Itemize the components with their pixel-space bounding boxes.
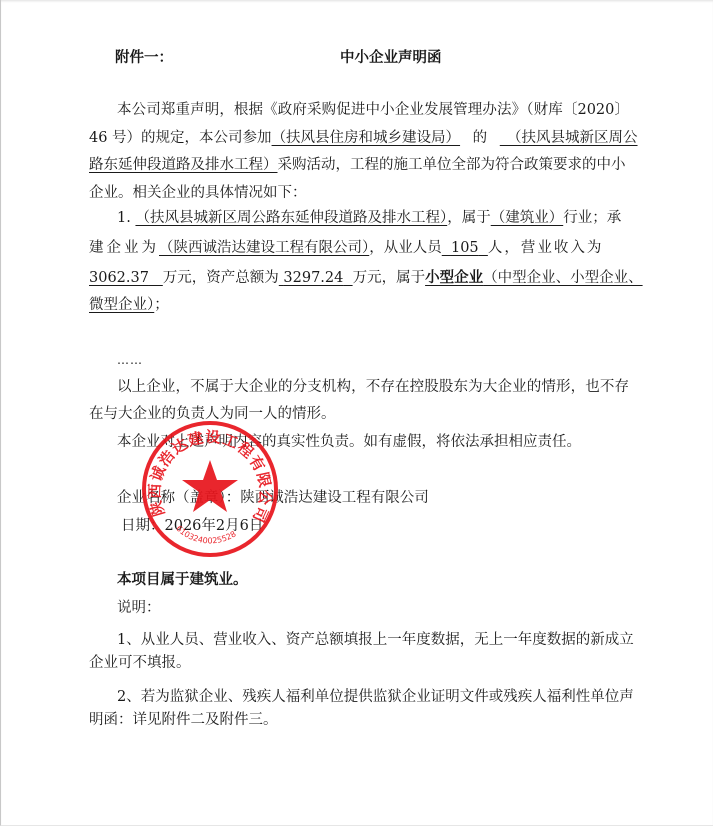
item-text: 万元，资产总额为 — [163, 270, 279, 286]
item1-line-2: 建企业为（陕西诚浩达建设工程有限公司），从业人员 105 人，营业收入为 — [89, 238, 629, 258]
assets-value: 3297.24 — [279, 270, 353, 286]
date-label: 日期： — [121, 518, 165, 534]
item1-line-3: 3062.37 万元，资产总额为 3297.24 万元，属于小型企业（中型企业、… — [89, 268, 629, 288]
enterprise-type-options: （中型企业、小型企业、 — [483, 270, 643, 286]
project-name-part2: 路东延伸段道路及排水工程） — [89, 157, 278, 173]
note1-line-1: 1、从业人员、营业收入、资产总额填报上一年度数据，无上一年度数据的新成立 — [89, 630, 629, 650]
revenue-value: 3062.37 — [89, 270, 163, 286]
purchaser-name: （扶风县住房和城乡建设局） — [272, 130, 461, 146]
item1-line-4: 微型企业）； — [89, 295, 629, 315]
signature-date: 日期：2026年2月6日 — [121, 516, 421, 536]
enterprise-type-options-cont: 微型企业） — [89, 297, 154, 313]
employee-count-value: 105 — [451, 240, 479, 256]
statement-line-1: 以上企业，不属于大企业的分支机构，不存在控股股东为大企业的情形，也不存 — [89, 377, 629, 397]
employee-count: 105 — [442, 240, 488, 256]
contractor-name: （陕西诚浩达建设工程有限公司） — [159, 240, 369, 256]
revenue-amount: 3062.37 — [89, 270, 149, 286]
document-page: 附件一： 中小企业声明函 本公司郑重声明，根据《政府采购促进中小企业发展管理办法… — [0, 0, 713, 826]
item-industry: （建筑业） — [491, 210, 564, 226]
document-title: 中小企业声明函 — [340, 46, 442, 67]
statement-line-2: 在与大企业的负责人为同一人的情形。 — [89, 404, 629, 424]
company-label: 企业名称（盖章）： — [117, 490, 240, 506]
notes-label: 说明： — [89, 598, 629, 618]
note2-line-2: 明函：详见附件二及附件三。 — [89, 710, 629, 730]
item-text: 万元，属于 — [353, 270, 426, 286]
assets-amount: 3297.24 — [283, 270, 343, 286]
item-text: ； — [154, 297, 169, 313]
company-name: 陕西诚浩达建设工程有限公司 — [240, 490, 429, 506]
declaration-text: 的 — [460, 130, 500, 146]
declaration-text: 46 号）的规定，本公司参加 — [89, 130, 272, 146]
declaration-line-3: 路东延伸段道路及排水工程）采购活动，工程的施工单位全部为符合政策要求的中小 — [89, 155, 629, 175]
item-number: 1. — [117, 210, 131, 226]
declaration-line-1: 本公司郑重声明，根据《政府采购促进中小企业发展管理办法》（财库〔2020〕 — [89, 100, 629, 120]
enterprise-type: 小型企业 — [425, 270, 483, 286]
declaration-text: 采购活动，工程的施工单位全部为符合政策要求的中小 — [278, 157, 626, 173]
item-project: （扶风县城新区周公路东延伸段道路及排水工程） — [135, 210, 447, 226]
item-text: 行业；承 — [563, 210, 621, 226]
item-text: ，从业人员 — [369, 240, 442, 256]
statement-line-3: 本企业对上述声明内容的真实性负责。如有虚假，将依法承担相应责任。 — [89, 432, 629, 452]
attachment-label: 附件一： — [115, 46, 173, 67]
item-text: 人，营业收入为 — [488, 240, 604, 256]
item1-line-1: 1. （扶风县城新区周公路东延伸段道路及排水工程），属于（建筑业）行业；承 — [89, 208, 629, 228]
ellipsis: …… — [89, 350, 629, 370]
project-industry-note: 本项目属于建筑业。 — [89, 570, 629, 590]
note1-line-2: 企业可不填报。 — [89, 653, 629, 673]
date-value: 2026年2月6日 — [165, 518, 264, 534]
declaration-line-4: 企业。相关企业的具体情况如下： — [89, 183, 629, 203]
item-text: 建企业为 — [89, 240, 159, 256]
item-text: ，属于 — [447, 210, 491, 226]
signature-company: 企业名称（盖章）：陕西诚浩达建设工程有限公司 — [89, 488, 629, 508]
note2-line-1: 2、若为监狱企业、残疾人福利单位提供监狱企业证明文件或残疾人福利性单位声 — [89, 687, 629, 707]
project-name-part1: （扶风县城新区周公 — [500, 130, 638, 146]
declaration-line-2: 46 号）的规定，本公司参加（扶风县住房和城乡建设局） 的 （扶风县城新区周公 — [89, 128, 629, 148]
